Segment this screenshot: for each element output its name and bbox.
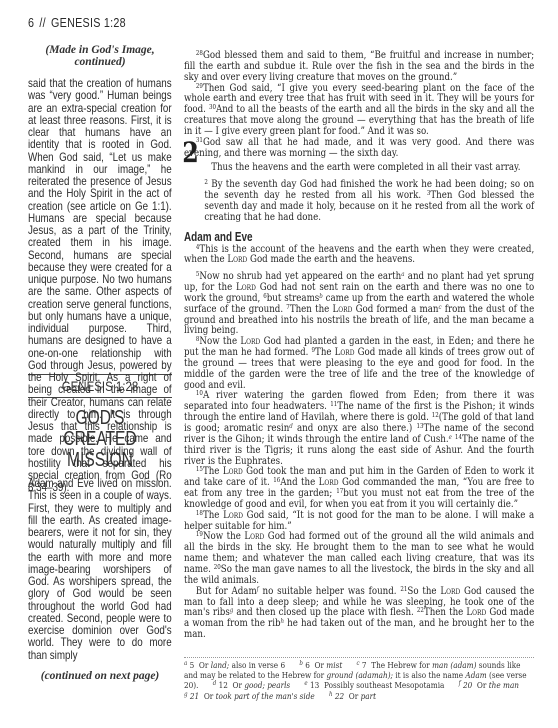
footnote-letter: e — [304, 679, 307, 687]
lord-small-caps: Lord — [440, 586, 460, 597]
verse-text: Now no shrub had yet appeared on the ear… — [199, 271, 401, 282]
footnote-italic: ground (adamah); — [326, 671, 393, 681]
footnote-italic: man (adam) — [432, 661, 476, 671]
verse-text: And to all the beasts of the earth and a… — [184, 104, 534, 137]
footnote-verse: 20 — [463, 681, 472, 691]
verse-4: 4This is the account of the heavens and … — [184, 245, 534, 267]
footnote-letter: a — [184, 659, 187, 667]
verse-29-30: 29Then God said, “I give you every seed-… — [184, 84, 534, 138]
footnote-text: also in verse 6 — [229, 661, 285, 671]
footnote-text: it is also the name — [393, 671, 465, 681]
footnote-verse: 5 — [190, 661, 195, 671]
verse-text: Now the — [203, 531, 244, 542]
footnote-letter: d — [213, 679, 217, 687]
verse-text: no suitable helper was found. — [259, 586, 401, 597]
footnote-verse: 6 — [305, 661, 310, 671]
footnotes-area: a 5 Or land; also in verse 6 b 6 Or mist… — [184, 651, 558, 702]
article-made-in-gods-image: (Made in God's Image, continued) said th… — [28, 44, 172, 374]
header-separator: // — [39, 16, 45, 30]
footnote-letter: h — [329, 690, 333, 698]
verse-number: 12 — [432, 411, 439, 419]
bible-page: 6//GENESIS 1:28 (Made in God's Image, co… — [0, 0, 558, 728]
footnote-text: The Hebrew for — [371, 661, 432, 671]
footnote-verse: 7 — [362, 661, 367, 671]
footnote-g: g 21 Or took part of the man's side — [184, 692, 315, 702]
verse-text: God blessed them and said to them, “Be f… — [184, 50, 534, 83]
footnote-letter: c — [356, 659, 359, 667]
footnote-marker[interactable]: e — [449, 433, 452, 441]
verse-text: God saw all that he had made, and it was… — [184, 137, 534, 159]
verse-number: 21 — [400, 585, 407, 593]
article-title: GOD'S CREATED MISSION — [44, 408, 156, 471]
verse-15-17: 15The Lord God took the man and put him … — [184, 467, 534, 510]
footnote-b: b 6 Or mist — [299, 661, 342, 671]
article-title-line2: MISSION — [44, 450, 156, 471]
footnote-h: h 22 Or part — [329, 692, 376, 702]
footnote-d: d 12 Or good; pearls — [213, 681, 290, 691]
verse-text: The — [203, 510, 223, 521]
article-continued-heading: (Made in God's Image, continued) — [28, 44, 172, 68]
footnote-verse: 12 — [219, 681, 228, 691]
footnote-verse: 21 — [190, 692, 199, 702]
verse-text: but streams — [267, 293, 320, 304]
verse-text: and onyx are also there.) — [293, 423, 417, 434]
footnote-f: f 20 Or the man — [459, 681, 519, 691]
lord-small-caps: Lord — [335, 347, 355, 358]
lord-small-caps: Lord — [223, 466, 243, 477]
footnote-divider — [184, 657, 534, 658]
article-reference: GENESIS 1:28 — [41, 375, 159, 397]
verse-text: And the — [280, 477, 318, 488]
footnotes: a 5 Or land; also in verse 6 b 6 Or mist… — [184, 661, 533, 702]
article-gods-created-mission: GENESIS 1:28 GOD'S CREATED MISSION Adam … — [28, 374, 172, 682]
footnote-letter: b — [299, 659, 303, 667]
section-heading: Adam and Eve — [184, 232, 499, 243]
footnote-italic: land; — [211, 661, 230, 671]
footnote-text: Or — [204, 692, 216, 702]
verse-8-9: 8Now the Lord God had planted a garden i… — [184, 337, 534, 391]
verse-18: 18The Lord God said, “It is not good for… — [184, 511, 534, 533]
continued-heading-line1: (Made in God's Image, — [28, 44, 172, 56]
footnote-verse: 22 — [335, 692, 344, 702]
lord-small-caps: Lord — [332, 304, 352, 315]
footnote-text: Or — [315, 661, 327, 671]
verse-10-14: 10A river watering the garden flowed fro… — [184, 391, 534, 467]
footnote-italic: mist — [326, 661, 342, 671]
verse-number: 14 — [455, 433, 462, 441]
chapter-number: 2 — [182, 139, 199, 167]
article-body: Adam and Eve lived on mission. This is s… — [28, 478, 172, 662]
footnote-text: Or — [199, 661, 211, 671]
lord-small-caps: Lord — [223, 510, 243, 521]
footnote-letter: g — [184, 690, 188, 698]
continued-note: (continued on next page) — [28, 670, 172, 682]
verse-text: The — [203, 466, 223, 477]
continued-heading-line2: continued) — [28, 56, 172, 68]
verse-text: Then the — [424, 607, 466, 618]
scripture-text: 28God blessed them and said to them, “Be… — [184, 51, 534, 641]
verse-number: 13 — [416, 422, 423, 430]
page-number: 6 — [28, 16, 34, 30]
footnote-text: Possibly southeast Mesopotamia — [324, 681, 444, 691]
verse-19-20: 19Now the Lord God had formed out of the… — [184, 532, 534, 586]
chapter-2-verse-2-3: 2 By the seventh day God had finished th… — [198, 180, 535, 223]
verse-number: 2 — [204, 178, 208, 186]
article-title-line1: GOD'S CREATED — [44, 408, 156, 450]
running-head: 6//GENESIS 1:28 — [28, 16, 126, 30]
footnote-a: a 5 Or land; also in verse 6 — [184, 661, 285, 671]
verse-5-7: 5Now no shrub had yet appeared on the ea… — [184, 272, 534, 337]
lord-small-caps: Lord — [244, 531, 264, 542]
footnote-letter: f — [459, 679, 461, 687]
verse-text: God formed a man — [352, 304, 438, 315]
lord-small-caps: Lord — [240, 336, 260, 347]
footnote-italic: good; pearls — [244, 681, 290, 691]
verse-number: 30 — [209, 103, 216, 111]
lord-small-caps: Lord — [236, 282, 256, 293]
footnote-text: Or — [233, 681, 245, 691]
verse-text: But for Adam — [196, 586, 257, 597]
footnote-text: Or — [477, 681, 489, 691]
verse-text: God made the earth and the heavens. — [247, 254, 415, 265]
footnote-italic: took part of the man's side — [216, 692, 315, 702]
footnote-verse: 13 — [310, 681, 319, 691]
footnote-italic: part — [361, 692, 376, 702]
chapter-2-opening: Thus the heavens and the earth were comp… — [184, 163, 534, 223]
verse-text: The — [315, 347, 335, 358]
verse-text: Then the — [290, 304, 333, 315]
verse-text: Now the — [199, 336, 240, 347]
footnote-e: e 13 Possibly southeast Mesopotamia — [304, 681, 444, 691]
verse-text: So the man gave names to all the livesto… — [184, 564, 534, 586]
lord-small-caps: Lord — [466, 607, 486, 618]
sidebar-column: (Made in God's Image, continued) said th… — [28, 44, 172, 682]
verse-text: So the — [407, 586, 440, 597]
verse-31: 31God saw all that he had made, and it w… — [184, 138, 534, 160]
footnote-text: Or — [349, 692, 361, 702]
verse-text: and then closed up the place with flesh. — [233, 607, 417, 618]
chapter-2-verse-1: Thus the heavens and the earth were comp… — [198, 163, 535, 174]
footnote-italic: the man — [489, 681, 519, 691]
scripture-column: 28God blessed them and said to them, “Be… — [184, 51, 534, 641]
verse-28: 28God blessed them and said to them, “Be… — [184, 51, 534, 84]
header-reference: GENESIS 1:28 — [51, 16, 126, 30]
footnote-italic: Adam — [465, 671, 486, 681]
verse-20b-22: But for Adamf no suitable helper was fou… — [184, 587, 534, 641]
lord-small-caps: Lord — [227, 254, 247, 265]
